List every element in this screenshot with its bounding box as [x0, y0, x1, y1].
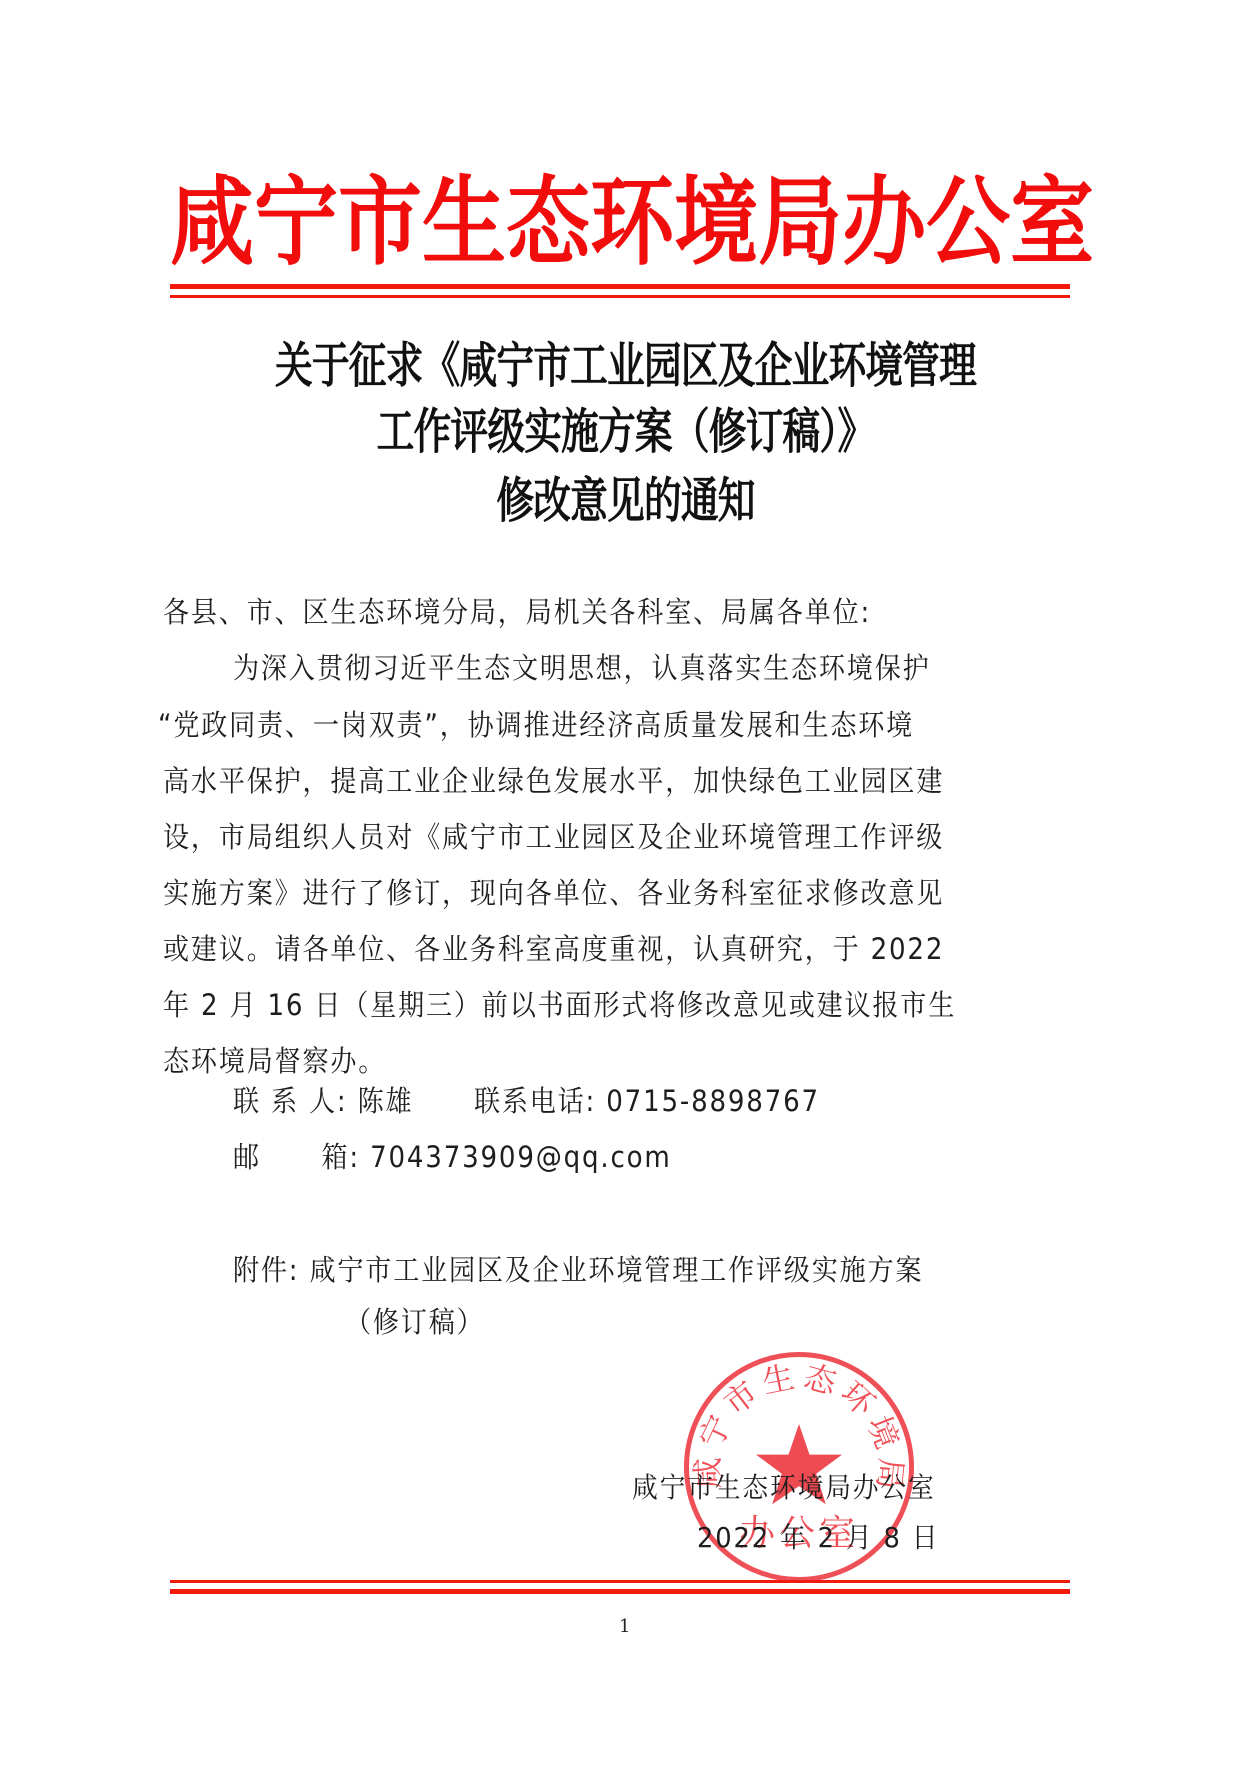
salutation: 各县、市、区生态环境分局，局机关各科室、局属各单位:	[163, 598, 1083, 627]
masthead-char: 态	[506, 174, 590, 271]
masthead-char: 环	[590, 174, 674, 271]
body-line: 年 2 月 16 日（星期三）前以书面形式将修改意见或建议报市生	[163, 991, 1083, 1020]
body-line: 或建议。请各单位、各业务科室高度重视，认真研究，于 2022	[163, 935, 1083, 964]
attachment-line-2: （修订稿）	[345, 1308, 1238, 1337]
masthead-char: 宁	[254, 174, 338, 271]
attachment-line-1: 附件: 咸宁市工业园区及企业环境管理工作评级实施方案	[233, 1256, 1153, 1285]
masthead-char: 境	[674, 174, 758, 271]
footer-divider-thick	[170, 1589, 1070, 1594]
document-page: 咸 宁 市 生 态 环 境 局 办 公 室 关于征求《咸宁市工业园区及企业环境管…	[0, 0, 1238, 1769]
contact-person-phone: 联 系 人: 陈雄 联系电话: 0715-8898767	[233, 1087, 1153, 1116]
body-line: 设，市局组织人员对《咸宁市工业园区及企业环境管理工作评级	[163, 823, 1083, 852]
body-line: “党政同责、一岗双责”，协调推进经济高质量发展和生态环境	[158, 711, 1078, 740]
document-title-line-2: 工作评级实施方案（修订稿）》	[150, 408, 1100, 454]
body-line: 实施方案》进行了修订，现向各单位、各业务科室征求修改意见	[163, 879, 1083, 908]
masthead-char: 室	[1010, 174, 1094, 271]
document-title-line-1: 关于征求《咸宁市工业园区及企业环境管理	[150, 342, 1100, 388]
body-line: 为深入贯彻习近平生态文明思想，认真落实生态环境保护	[233, 654, 1153, 683]
masthead-char: 办	[842, 174, 926, 271]
page-number: 1	[619, 1616, 630, 1637]
signature-organization: 咸宁市生态环境局办公室	[632, 1474, 962, 1502]
masthead-red-header: 咸 宁 市 生 态 环 境 局 办 公 室	[170, 172, 1070, 272]
footer-divider-thin	[170, 1580, 1070, 1583]
header-divider-thick	[170, 284, 1070, 289]
masthead-char: 咸	[170, 174, 254, 271]
body-line: 高水平保护，提高工业企业绿色发展水平，加快绿色工业园区建	[163, 767, 1083, 796]
masthead-char: 生	[422, 174, 506, 271]
masthead-char: 公	[926, 174, 1010, 271]
document-title-line-3: 修改意见的通知	[150, 477, 1100, 523]
contact-email: 邮 箱: 704373909@qq.com	[233, 1143, 1153, 1172]
header-divider-thin	[170, 295, 1070, 298]
body-line: 态环境局督察办。	[163, 1047, 1083, 1076]
signature-date: 2022 年 2 月 8 日	[697, 1524, 960, 1552]
masthead-char: 市	[338, 174, 422, 271]
masthead-char: 局	[758, 174, 842, 271]
